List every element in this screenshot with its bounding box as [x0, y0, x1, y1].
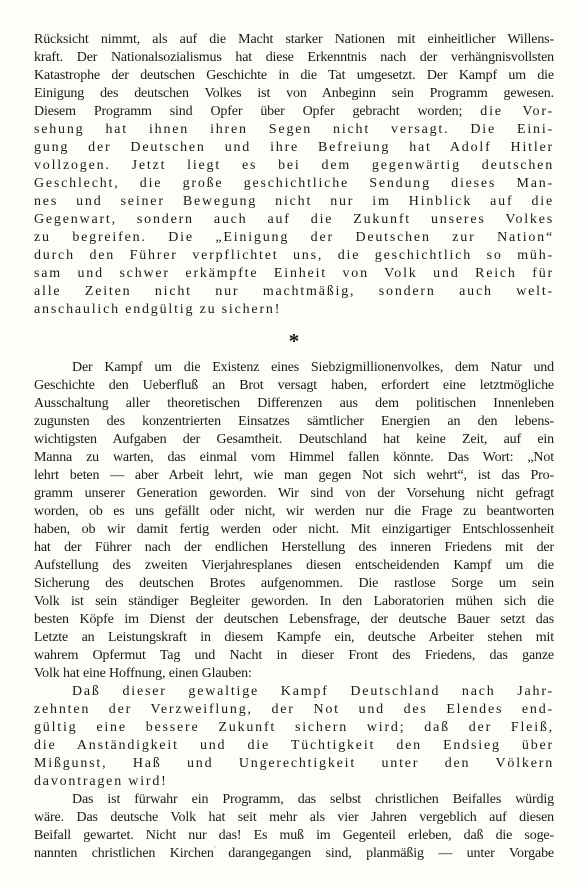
asterisk-glyph: * — [289, 329, 300, 354]
text-segment: vollzogen. Jetzt liegt es bei dem gegenw… — [34, 158, 554, 173]
paragraph: Daß dieser gewaltige Kampf Deutschland n… — [34, 683, 554, 791]
text-segment: zehnten der Verzweiflung, der Not und de… — [34, 702, 554, 717]
text-line: Geschichte den Ueberfluß an Brot versagt… — [34, 377, 554, 395]
text-line: zugunsten des konzentrierten Einsatzes s… — [34, 413, 554, 431]
text-segment: Mißgunst, Haß und Ungerechtigkeit unter … — [34, 756, 554, 771]
text-segment: gung der Deutschen und ihre Befreiung ha… — [34, 140, 554, 155]
text-segment: worden, ob es uns gefällt oder nicht, wi… — [34, 504, 554, 519]
text-segment: gramm unserer Generation geworden. Wir s… — [34, 486, 554, 501]
text-line: gültig eine bessere Zukunft sichern wird… — [34, 719, 554, 737]
text-line: Sicherung des deutschen Brotes aufgenomm… — [34, 575, 554, 593]
text-line: lehrt beten — aber Arbeit lehrt, wie man… — [34, 467, 554, 485]
text-line: kraft. Der Nationalsozialismus hat diese… — [34, 49, 554, 67]
text-segment: Letzte an Leistungskraft in diesem Kampf… — [34, 630, 554, 645]
text-line: gung der Deutschen und ihre Befreiung ha… — [34, 139, 554, 157]
text-line: Das ist fürwahr ein Programm, das selbst… — [34, 791, 554, 809]
text-segment: zugunsten des konzentrierten Einsatzes s… — [34, 414, 554, 429]
text-segment: Beifall gewartet. Nicht nur das! Es muß … — [34, 828, 554, 843]
text-line: gramm unserer Generation geworden. Wir s… — [34, 485, 554, 503]
text-line: hat der Führer nach der endlichen Herste… — [34, 539, 554, 557]
text-line: Volk ist sein ständiger Begleiter geword… — [34, 593, 554, 611]
text-line: Katastrophe der deutschen Geschichte in … — [34, 67, 554, 85]
text-segment: Manna zu warten, das einmal vom Himmel f… — [34, 450, 554, 465]
text-segment: wichtigsten Aufgaben der Gesamtheit. Deu… — [34, 432, 554, 447]
document-page: Rücksicht nimmt, als auf die Macht stark… — [0, 0, 586, 888]
text-segment: davontragen wird! — [34, 774, 168, 789]
text-line: haben, ob wir damit fertig werden oder n… — [34, 521, 554, 539]
text-line: wichtigsten Aufgaben der Gesamtheit. Deu… — [34, 431, 554, 449]
text-segment: Daß dieser gewaltige Kampf Deutschland n… — [72, 684, 554, 699]
text-segment: Einigung des deutschen Volkes ist von An… — [34, 86, 554, 101]
text-line: vollzogen. Jetzt liegt es bei dem gegenw… — [34, 157, 554, 175]
text-line: davontragen wird! — [34, 773, 554, 791]
text-line: nes und seiner Bewegung nicht nur im Hin… — [34, 193, 554, 211]
text-line: wahrem Opfermut Tag und Nacht in dieser … — [34, 647, 554, 665]
text-segment: die Anständigkeit und die Tüchtigkeit de… — [34, 738, 554, 753]
text-segment: lehrt beten — aber Arbeit lehrt, wie man… — [34, 468, 554, 483]
text-line: Volk hat eine Hoffnung, einen Glauben: — [34, 665, 554, 683]
text-segment: Rücksicht nimmt, als auf die Macht stark… — [34, 32, 554, 47]
text-segment: haben, ob wir damit fertig werden oder n… — [34, 522, 554, 537]
text-line: zehnten der Verzweiflung, der Not und de… — [34, 701, 554, 719]
text-segment: Ausschaltung aller theoretischen Differe… — [34, 396, 554, 411]
text-line: Aufstellung des zweiten Vierjahresplanes… — [34, 557, 554, 575]
text-segment: anschaulich endgültig zu sichern! — [34, 302, 281, 317]
text-segment: nes und seiner Bewegung nicht nur im Hin… — [34, 194, 554, 209]
text-segment: Volk ist sein ständiger Begleiter geword… — [34, 594, 554, 609]
text-line: Einigung des deutschen Volkes ist von An… — [34, 85, 554, 103]
text-line: sehung hat ihnen ihren Segen nicht versa… — [34, 121, 554, 139]
text-column: Rücksicht nimmt, als auf die Macht stark… — [34, 31, 554, 863]
text-line: Der Kampf um die Existenz eines Siebzigm… — [34, 359, 554, 377]
text-line: Mißgunst, Haß und Ungerechtigkeit unter … — [34, 755, 554, 773]
text-line: wäre. Das deutsche Volk hat seit mehr al… — [34, 809, 554, 827]
text-segment: Sicherung des deutschen Brotes aufgenomm… — [34, 576, 554, 591]
section-separator: * — [34, 319, 554, 359]
text-line: Beifall gewartet. Nicht nur das! Es muß … — [34, 827, 554, 845]
text-segment: hat der Führer nach der endlichen Herste… — [34, 540, 554, 555]
text-line: zu begreifen. Die „Einigung der Deutsche… — [34, 229, 554, 247]
text-line: Geschlecht, die große geschichtliche Sen… — [34, 175, 554, 193]
text-line: sam und schwer erkämpfte Einheit von Vol… — [34, 265, 554, 283]
text-line: Ausschaltung aller theoretischen Differe… — [34, 395, 554, 413]
text-line: Diesem Programm sind Opfer über Opfer ge… — [34, 103, 554, 121]
text-segment: zu begreifen. Die „Einigung der Deutsche… — [34, 230, 554, 245]
paragraph: Der Kampf um die Existenz eines Siebzigm… — [34, 359, 554, 683]
text-segment: sam und schwer erkämpfte Einheit von Vol… — [34, 266, 554, 281]
text-line: besten Köpfe im Dienst der deutschen Leb… — [34, 611, 554, 629]
text-segment: Der Kampf um die Existenz eines Siebzigm… — [72, 360, 554, 375]
text-segment: wäre. Das deutsche Volk hat seit mehr al… — [34, 810, 554, 825]
scan-speck — [214, 846, 216, 848]
text-line: Manna zu warten, das einmal vom Himmel f… — [34, 449, 554, 467]
text-segment: kraft. Der Nationalsozialismus hat diese… — [34, 50, 554, 65]
text-line: Gegenwart, sondern auch auf die Zukunft … — [34, 211, 554, 229]
text-segment: besten Köpfe im Dienst der deutschen Leb… — [34, 612, 554, 627]
text-segment: nannten christlichen Kirchen darangegang… — [34, 846, 554, 861]
text-line: Daß dieser gewaltige Kampf Deutschland n… — [34, 683, 554, 701]
text-line: Letzte an Leistungskraft in diesem Kampf… — [34, 629, 554, 647]
text-line: anschaulich endgültig zu sichern! — [34, 301, 554, 319]
text-segment: gültig eine bessere Zukunft sichern wird… — [34, 720, 554, 735]
paragraph: Rücksicht nimmt, als auf die Macht stark… — [34, 31, 554, 319]
text-segment: alle Zeiten nicht nur machtmäßig, sonder… — [34, 284, 554, 299]
text-segment: Das ist fürwahr ein Programm, das selbst… — [72, 792, 554, 807]
text-segment: Katastrophe der deutschen Geschichte in … — [34, 68, 554, 83]
text-line: alle Zeiten nicht nur machtmäßig, sonder… — [34, 283, 554, 301]
text-line: durch den Führer verpflichtet uns, die g… — [34, 247, 554, 265]
scan-speck — [101, 656, 104, 659]
text-segment: Volk hat eine Hoffnung, einen Glauben: — [34, 666, 252, 681]
text-segment: Gegenwart, sondern auch auf die Zukunft … — [34, 212, 554, 227]
text-segment: Aufstellung des zweiten Vierjahresplanes… — [34, 558, 554, 573]
paragraph: Das ist fürwahr ein Programm, das selbst… — [34, 791, 554, 863]
text-segment: Geschichte den Ueberfluß an Brot versagt… — [34, 378, 554, 393]
text-segment: Diesem Programm sind Opfer über Opfer ge… — [34, 104, 480, 119]
text-segment: durch den Führer verpflichtet uns, die g… — [34, 248, 554, 263]
text-line: worden, ob es uns gefällt oder nicht, wi… — [34, 503, 554, 521]
text-line: die Anständigkeit und die Tüchtigkeit de… — [34, 737, 554, 755]
text-segment: wahrem Opfermut Tag und Nacht in dieser … — [34, 648, 554, 663]
text-segment: sehung hat ihnen ihren Segen nicht versa… — [34, 122, 554, 137]
text-line: nannten christlichen Kirchen darangegang… — [34, 845, 554, 863]
text-segment: die Vor- — [480, 104, 554, 119]
text-segment: Geschlecht, die große geschichtliche Sen… — [34, 176, 554, 191]
text-line: Rücksicht nimmt, als auf die Macht stark… — [34, 31, 554, 49]
